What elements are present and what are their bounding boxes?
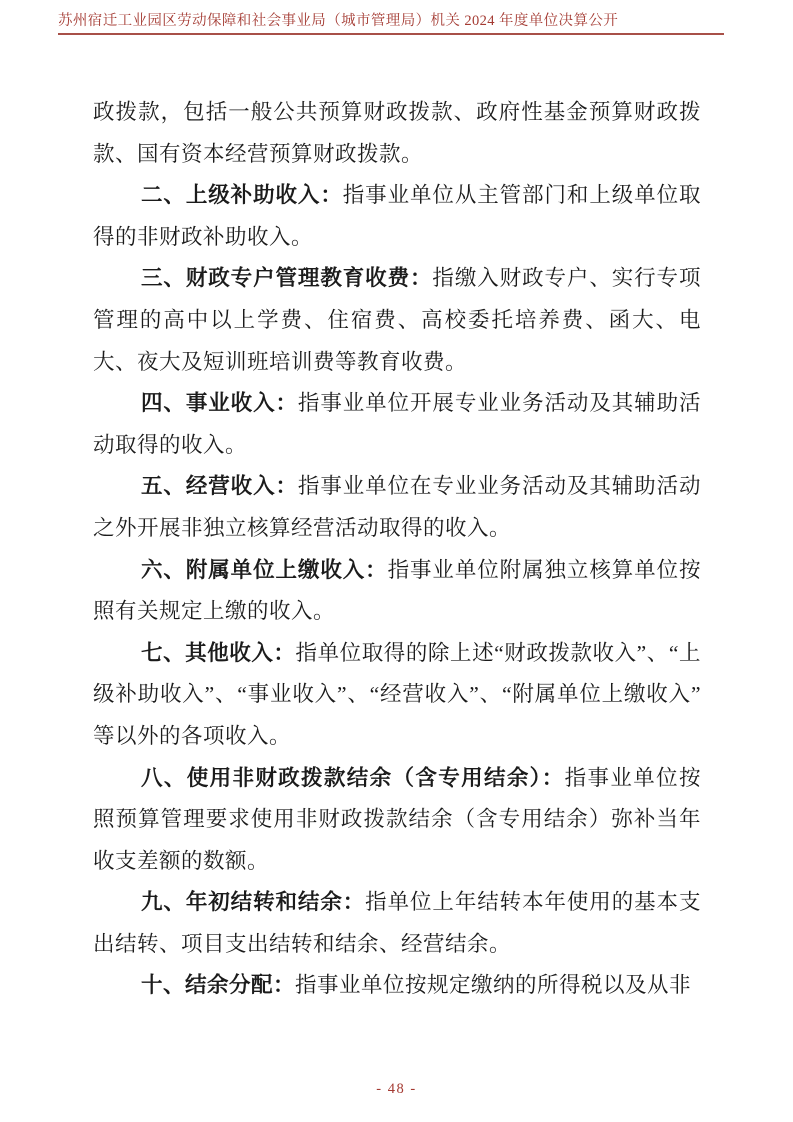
paragraph-lead: 四、事业收入： (141, 391, 298, 415)
page-background: { "header": { "title": "苏州宿迁工业园区劳动保障和社会事… (0, 0, 793, 1122)
paragraph-text: 政拨款，包括一般公共预算财政拨款、政府性基金预算财政拨款、国有资本经营预算财政拨… (93, 100, 701, 166)
paragraph: 四、事业收入：指事业单位开展专业业务活动及其辅助活动取得的收入。 (93, 383, 701, 466)
paragraph-lead: 三、财政专户管理教育收费： (141, 266, 432, 290)
paragraph: 八、使用非财政拨款结余（含专用结余）：指事业单位按照预算管理要求使用非财政拨款结… (93, 758, 701, 883)
paragraph: 七、其他收入：指单位取得的除上述“财政拨款收入”、“上级补助收入”、“事业收入”… (93, 633, 701, 758)
paragraph: 六、附属单位上缴收入：指事业单位附属独立核算单位按照有关规定上缴的收入。 (93, 550, 701, 633)
document-header-title: 苏州宿迁工业园区劳动保障和社会事业局（城市管理局）机关 2024 年度单位决算公… (58, 13, 618, 29)
paragraph: 政拨款，包括一般公共预算财政拨款、政府性基金预算财政拨款、国有资本经营预算财政拨… (93, 92, 701, 175)
paragraph-lead: 五、经营收入： (141, 474, 298, 498)
paragraph-text: 指事业单位按规定缴纳的所得税以及从非 (295, 973, 691, 997)
paragraph-lead: 六、附属单位上缴收入： (141, 558, 388, 582)
paragraph-lead: 七、其他收入： (141, 641, 296, 665)
paragraph-lead: 九、年初结转和结余： (141, 890, 365, 914)
paragraph: 十、结余分配：指事业单位按规定缴纳的所得税以及从非 (93, 965, 701, 1007)
document-footer: - 48 - (0, 1080, 793, 1098)
paragraph: 三、财政专户管理教育收费：指缴入财政专户、实行专项管理的高中以上学费、住宿费、高… (93, 258, 701, 383)
document-body: 政拨款，包括一般公共预算财政拨款、政府性基金预算财政拨款、国有资本经营预算财政拨… (93, 92, 701, 1007)
paragraph: 五、经营收入：指事业单位在专业业务活动及其辅助活动之外开展非独立核算经营活动取得… (93, 466, 701, 549)
paragraph-lead: 八、使用非财政拨款结余（含专用结余）： (141, 766, 565, 790)
paragraph-lead: 十、结余分配： (141, 973, 295, 997)
document-header: 苏州宿迁工业园区劳动保障和社会事业局（城市管理局）机关 2024 年度单位决算公… (58, 12, 724, 35)
paragraph: 九、年初结转和结余：指单位上年结转本年使用的基本支出结转、项目支出结转和结余、经… (93, 882, 701, 965)
paragraph-lead: 二、上级补助收入： (141, 183, 343, 207)
page-number: - 48 - (376, 1081, 416, 1097)
paragraph: 二、上级补助收入：指事业单位从主管部门和上级单位取得的非财政补助收入。 (93, 175, 701, 258)
document-page: 苏州宿迁工业园区劳动保障和社会事业局（城市管理局）机关 2024 年度单位决算公… (0, 0, 793, 1122)
